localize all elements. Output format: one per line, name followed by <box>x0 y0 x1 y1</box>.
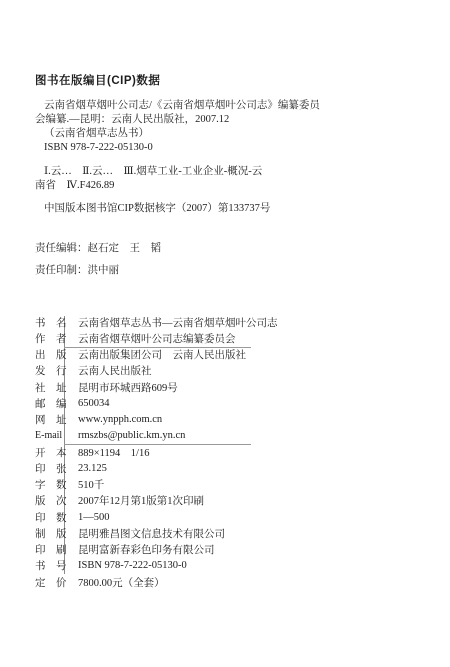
colophon-label: 字 数 <box>35 477 65 492</box>
colophon-row-distributor: 发 行 云南人民出版社 <box>35 363 416 379</box>
colophon-row-publisher: 出 版 云南出版集团公司 云南人民出版社 <box>35 347 416 363</box>
cip-classification-line: Ⅰ.云… Ⅱ.云… Ⅲ.烟草工业-工业企业-概况-云 <box>35 165 416 179</box>
colophon-row-print-run: 印 数 1—500 <box>35 509 416 525</box>
colophon-row-postcode: 邮 编 650034 <box>35 395 416 411</box>
colophon-label: 开 本 <box>35 445 65 460</box>
colophon-label: 书 名 <box>35 315 65 330</box>
colophon-row-author: 作 者 云南省烟草烟叶公司志编纂委员会 <box>35 330 416 346</box>
colophon-value: 昆明富新春彩色印务有限公司 <box>65 542 215 557</box>
responsible-editor-line: 责任编辑：赵石定 王 韬 <box>35 238 416 260</box>
colophon-value: 昆明市环城西路609号 <box>65 380 178 395</box>
cip-heading: 图书在版编目(CIP)数据 <box>35 72 416 88</box>
colophon-value: 7800.00元（全套） <box>65 575 165 590</box>
cip-paragraph-line: 会编纂.—昆明：云南人民出版社，2007.12 <box>35 113 416 127</box>
colophon-row-website: 网 址 www.ynpph.com.cn <box>35 412 416 428</box>
page-content: 图书在版编目(CIP)数据 云南省烟草烟叶公司志/《云南省烟草烟叶公司志》编纂委… <box>35 72 416 590</box>
colophon-value: 云南人民出版社 <box>65 363 152 378</box>
colophon-row-address: 社 址 昆明市环城西路609号 <box>35 379 416 395</box>
cip-paragraph-line: 云南省烟草烟叶公司志/《云南省烟草烟叶公司志》编纂委员 <box>35 99 416 113</box>
colophon-row-isbn: 书 号 ISBN 978-7-222-05130-0 <box>35 558 416 574</box>
responsible-printer-line: 责任印制：洪中丽 <box>35 260 416 282</box>
colophon-label: 定 价 <box>35 575 65 590</box>
colophon-value: 昆明雅昌图文信息技术有限公司 <box>65 526 225 541</box>
colophon-value: 云南出版集团公司 云南人民出版社 <box>65 347 246 362</box>
colophon-row-title: 书 名 云南省烟草志丛书—云南省烟草烟叶公司志 <box>35 314 416 330</box>
colophon-label: 印 张 <box>35 461 65 476</box>
cip-paragraph-line: （云南省烟草志丛书） <box>35 127 416 141</box>
cip-record-number: 中国版本图书馆CIP数据核字（2007）第133737号 <box>35 202 416 216</box>
cip-isbn-line: ISBN 978-7-222-05130-0 <box>35 141 416 155</box>
colophon-row-sheets: 印 张 23.125 <box>35 460 416 476</box>
colophon-label: 发 行 <box>35 363 65 378</box>
colophon-label: 作 者 <box>35 331 65 346</box>
colophon-row-wordcount: 字 数 510千 <box>35 477 416 493</box>
credits-block: 责任编辑：赵石定 王 韬 责任印制：洪中丽 <box>35 238 416 282</box>
colophon-value: 云南省烟草烟叶公司志编纂委员会 <box>65 331 236 346</box>
colophon-row-platemaking: 制 版 昆明雅昌图文信息技术有限公司 <box>35 525 416 541</box>
colophon-value: ISBN 978-7-222-05130-0 <box>65 560 187 571</box>
cip-paragraph: 云南省烟草烟叶公司志/《云南省烟草烟叶公司志》编纂委员 会编纂.—昆明：云南人民… <box>35 99 416 155</box>
colophon-row-printing: 印 刷 昆明富新春彩色印务有限公司 <box>35 542 416 558</box>
colophon-label: 社 址 <box>35 380 65 395</box>
colophon-label: 印 刷 <box>35 542 65 557</box>
colophon-value: 云南省烟草志丛书—云南省烟草烟叶公司志 <box>65 315 278 330</box>
cip-classification-line: 南省 Ⅳ.F426.89 <box>35 179 416 193</box>
colophon-value: 889×1194 1/16 <box>65 445 149 460</box>
colophon-value: 510千 <box>65 477 104 492</box>
colophon-label: 邮 编 <box>35 396 65 411</box>
colophon-label: E-mail <box>35 430 65 441</box>
copyright-page: 图书在版编目(CIP)数据 云南省烟草烟叶公司志/《云南省烟草烟叶公司志》编纂委… <box>0 0 450 667</box>
colophon-label: 网 址 <box>35 412 65 427</box>
colophon-label: 书 号 <box>35 558 65 573</box>
colophon-value: 1—500 <box>65 512 110 523</box>
colophon-label: 出 版 <box>35 347 65 362</box>
colophon-value: www.ynpph.com.cn <box>65 414 162 425</box>
colophon-value: 650034 <box>65 398 110 409</box>
colophon-label: 版 次 <box>35 493 65 508</box>
colophon-value: 23.125 <box>65 463 107 474</box>
cip-classification: Ⅰ.云… Ⅱ.云… Ⅲ.烟草工业-工业企业-概况-云 南省 Ⅳ.F426.89 <box>35 165 416 193</box>
colophon-table: 书 名 云南省烟草志丛书—云南省烟草烟叶公司志 作 者 云南省烟草烟叶公司志编纂… <box>35 314 416 590</box>
colophon-row-edition: 版 次 2007年12月第1版第1次印刷 <box>35 493 416 509</box>
colophon-label: 印 数 <box>35 510 65 525</box>
colophon-value: 2007年12月第1版第1次印刷 <box>65 493 204 508</box>
colophon-value: rmszbs@public.km.yn.cn <box>65 430 185 441</box>
colophon-row-format: 开 本 889×1194 1/16 <box>35 444 416 460</box>
colophon-label: 制 版 <box>35 526 65 541</box>
colophon-row-price: 定 价 7800.00元（全套） <box>35 574 416 590</box>
colophon-row-email: E-mail rmszbs@public.km.yn.cn <box>35 428 416 444</box>
